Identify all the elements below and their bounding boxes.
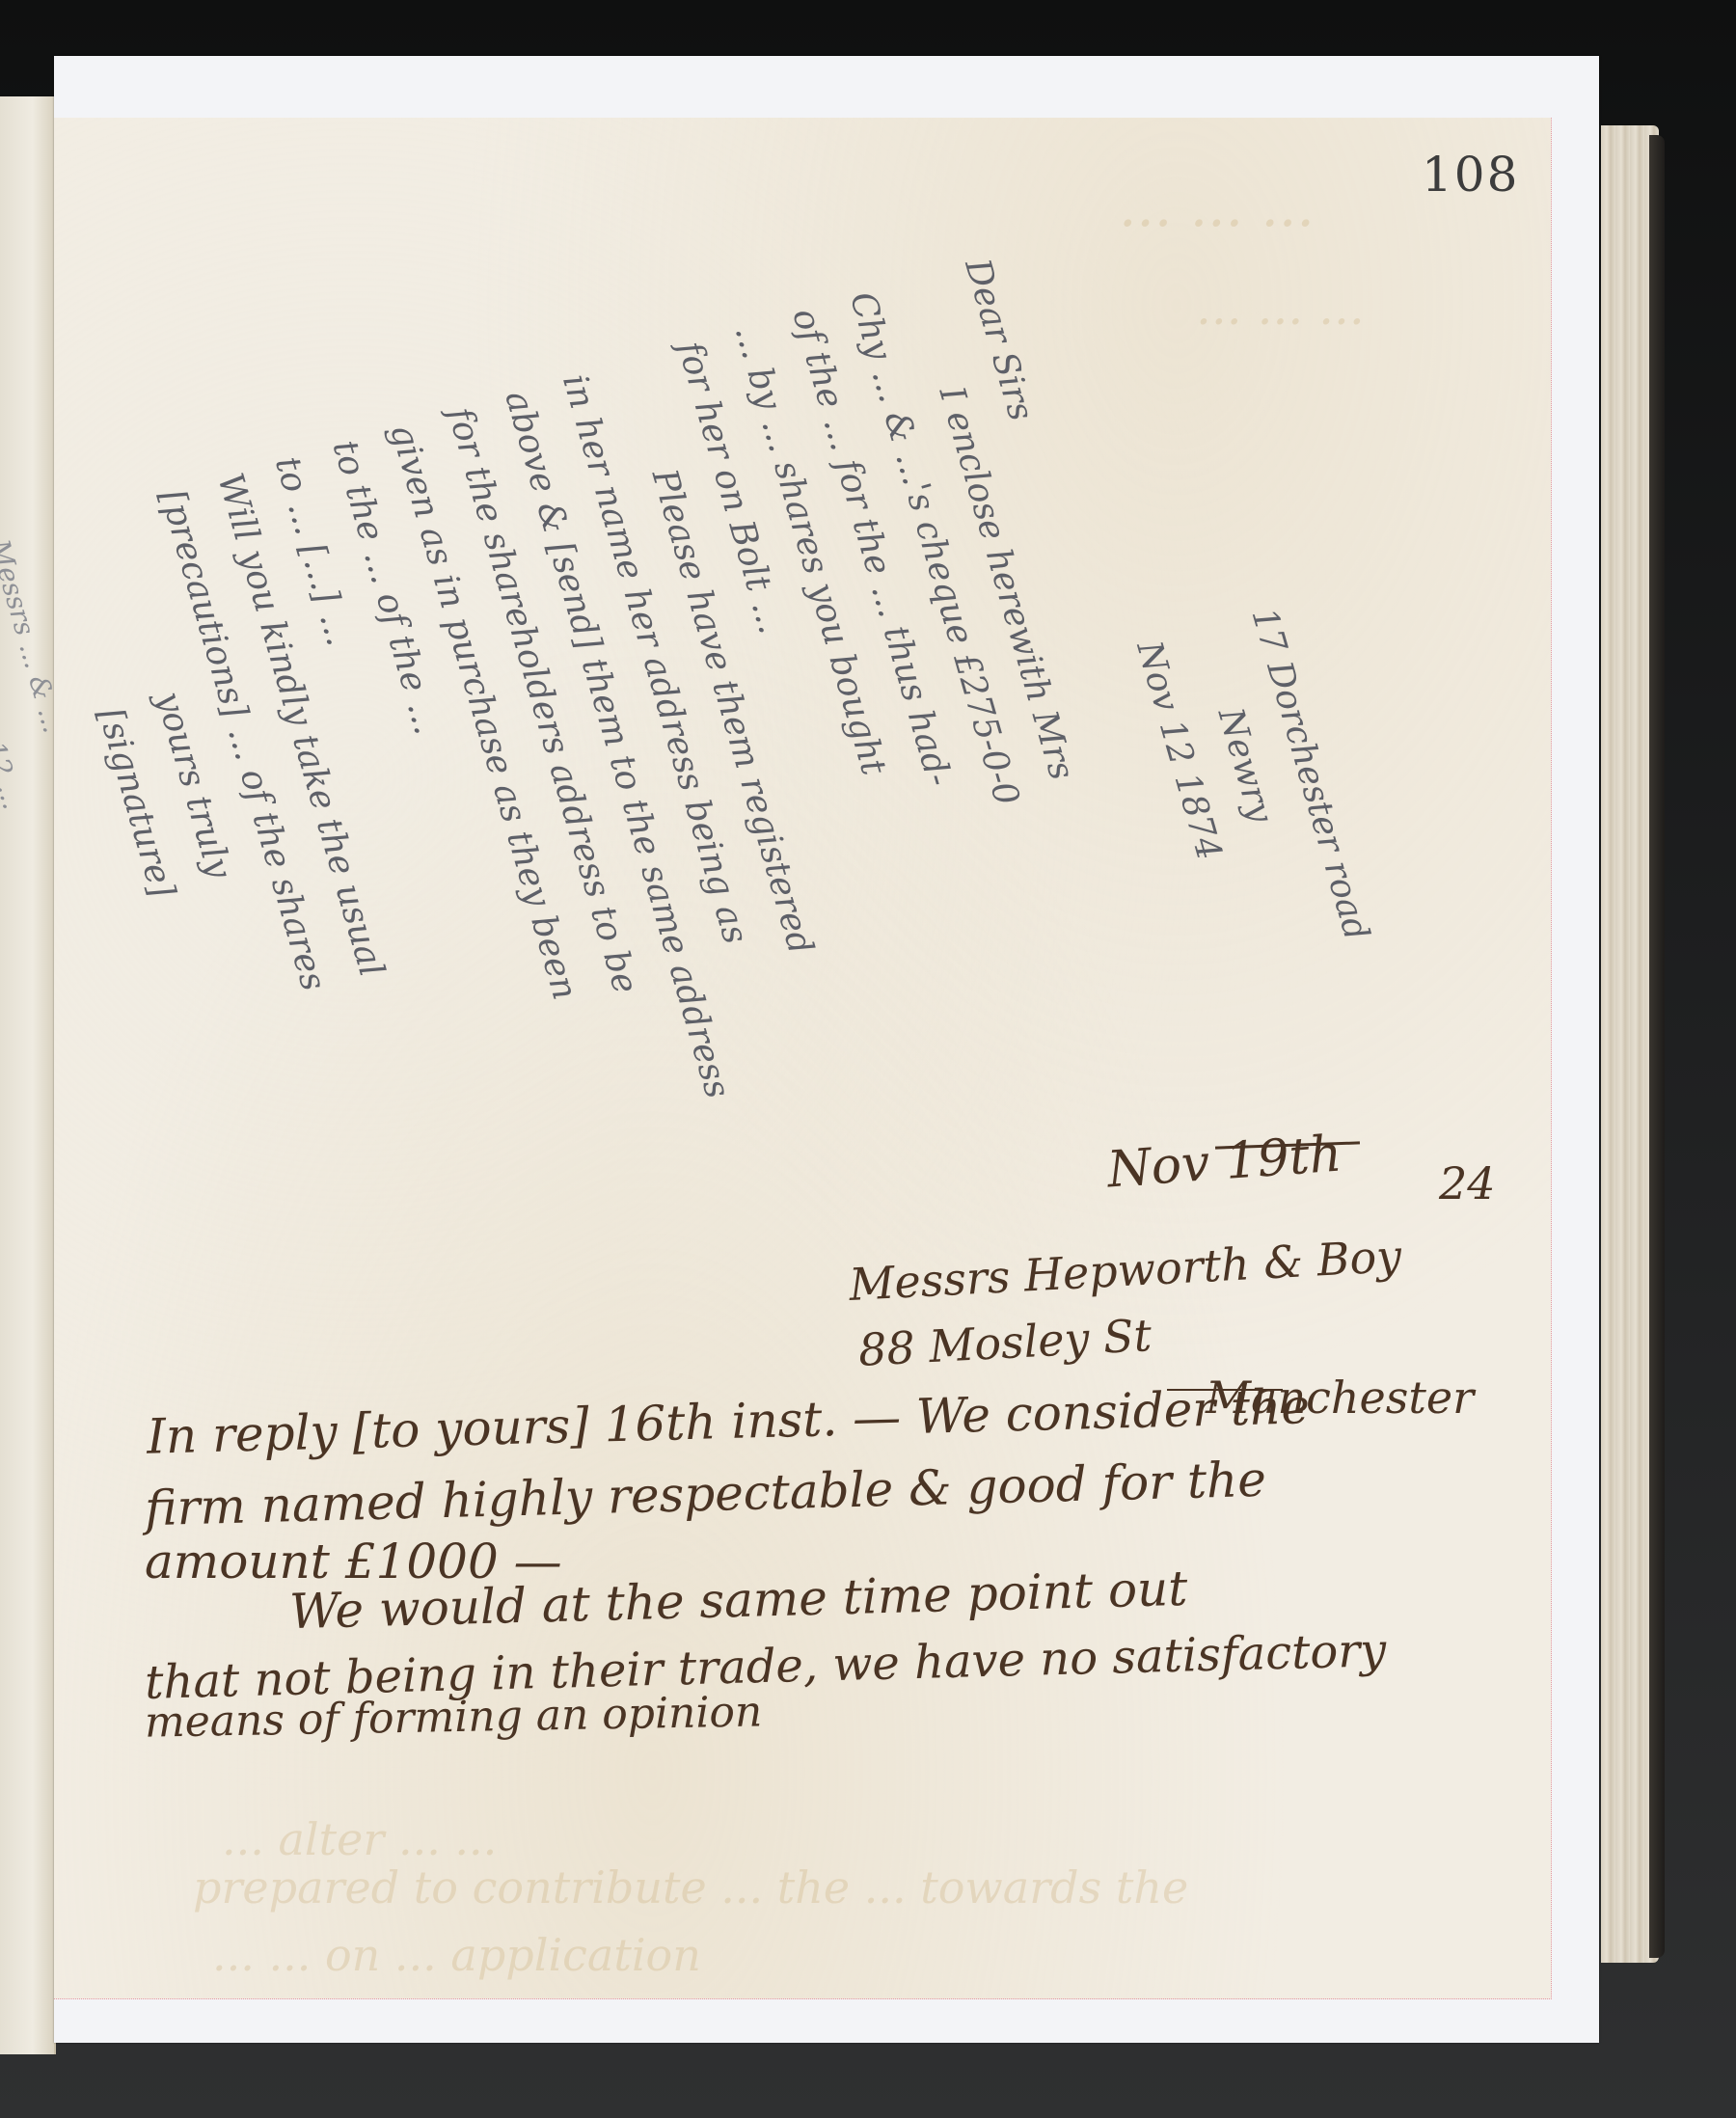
bleed-through-line: ... ... ... bbox=[1196, 280, 1365, 336]
book-cover-edge bbox=[1649, 135, 1665, 1958]
folio-number: 108 bbox=[1422, 147, 1519, 203]
bleed-through-line: prepared to contribute ... the ... towar… bbox=[193, 1861, 1188, 1914]
bleed-through-line: ... alter ... ... bbox=[222, 1813, 497, 1865]
reply-entry-number: 24 bbox=[1439, 1157, 1496, 1209]
bleed-through-line: ... ... on ... application bbox=[212, 1929, 701, 1981]
